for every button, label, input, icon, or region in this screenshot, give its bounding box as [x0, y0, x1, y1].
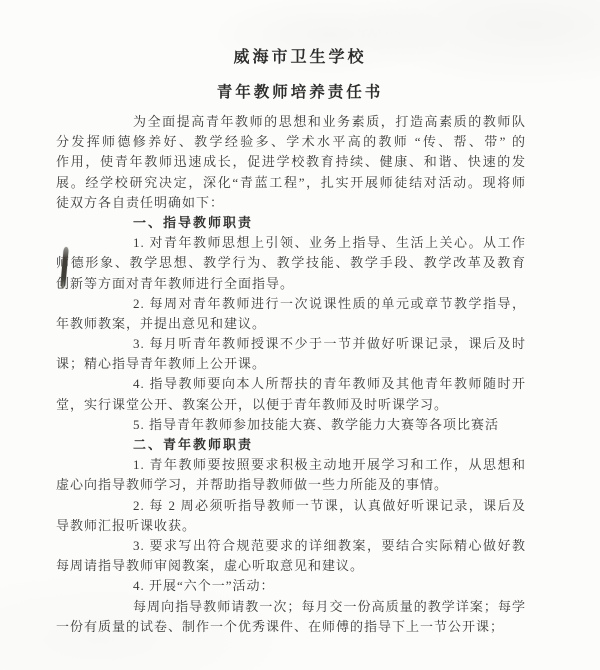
paragraph: 4. 开展“六个一”活动： [56, 576, 526, 596]
document-line: 3. 每月听青年教师授课不少于一节并做好听课记录，课后及时进行评 [56, 334, 526, 354]
document-line: 课；精心指导青年教师上公开课。 [56, 354, 526, 374]
document-line: 虚心向指导教师学习，并帮助指导教师做一些力所能及的事情。 [56, 475, 526, 495]
paragraph: 3. 要求写出符合规范要求的详细教案，要结合实际精心做好教学设计。每周请指导教师… [56, 536, 526, 576]
document-line: 徒双方各自责任明确如下： [56, 193, 526, 213]
document-subtitle: 青年教师培养责任书 [0, 80, 600, 102]
paragraph: 1. 青年教师要按照要求积极主动地开展学习和工作，从思想和行动上虚心向指导教师学… [56, 455, 526, 495]
document-title: 威海市卫生学校 [0, 44, 600, 67]
document-line: 一、指导教师职责 [56, 213, 526, 233]
document-line: 1. 对青年教师思想上引领、业务上指导、生活上关心。从工作态度、 [56, 233, 526, 253]
scanned-document-page: 威海市卫生学校 青年教师培养责任书 为全面提高青年教师的思想和业务素质，打造高素… [0, 0, 600, 670]
paragraph: 每周向指导教师请教一次；每月交一份高质量的教学详案；每学期出一份有质量的试卷、制… [56, 597, 526, 637]
document-line: 4. 指导教师要向本人所帮扶的青年教师及其他青年教师随时开放课 [56, 374, 526, 394]
document-line: 3. 要求写出符合规范要求的详细教案，要结合实际精心做好教学设计。 [56, 536, 526, 556]
document-line: 分发挥师德修养好、教学经验多、学术水平高的教师 “传、帮、带” 的 [56, 132, 526, 152]
paragraph: 2. 每 2 周必须听指导教师一节课，认真做好听课记录，课后及时向指导教师汇报听… [56, 496, 526, 536]
document-line: 二、青年教师职责 [56, 435, 526, 455]
paragraph: 2. 每周对青年教师进行一次说课性质的单元或章节教学指导，审阅青年教师教案，并提… [56, 294, 526, 334]
document-line: 5. 指导青年教师参加技能大赛、教学能力大赛等各项比赛活动。 [56, 415, 526, 435]
paragraph: 5. 指导青年教师参加技能大赛、教学能力大赛等各项比赛活动。 [56, 415, 526, 435]
paragraph: 4. 指导教师要向本人所帮扶的青年教师及其他青年教师随时开放课堂，实行课堂公开、… [56, 374, 526, 414]
document-line: 作用，使青年教师迅速成长，促进学校教育持续、健康、和谐、快速的发 [56, 152, 526, 172]
paragraph: 为全面提高青年教师的思想和业务素质，打造高素质的教师队伍。充分发挥师德修养好、教… [56, 112, 526, 213]
document-line: 2. 每 2 周必须听指导教师一节课，认真做好听课记录，课后及时向指 [56, 496, 526, 516]
document-line: 每周请指导教师审阅教案，虚心听取意见和建议。 [56, 556, 526, 576]
paragraph: 3. 每月听青年教师授课不少于一节并做好听课记录，课后及时进行评课；精心指导青年… [56, 334, 526, 374]
document-line: 堂，实行课堂公开、教案公开，以便于青年教师及时听课学习。 [56, 395, 526, 415]
document-line: 4. 开展“六个一”活动： [56, 576, 526, 596]
document-line: 展。经学校研究决定，深化“青蓝工程”，扎实开展师徒结对活动。现将师 [56, 173, 526, 193]
document-body: 为全面提高青年教师的思想和业务素质，打造高素质的教师队伍。充分发挥师德修养好、教… [56, 112, 526, 637]
document-line: 每周向指导教师请教一次；每月交一份高质量的教学详案；每学期出 [56, 597, 526, 617]
section-heading: 二、青年教师职责 [56, 435, 526, 455]
section-heading: 一、指导教师职责 [56, 213, 526, 233]
document-line: 为全面提高青年教师的思想和业务素质，打造高素质的教师队伍。充 [56, 112, 526, 132]
document-line: 1. 青年教师要按照要求积极主动地开展学习和工作，从思想和行动上 [56, 455, 526, 475]
document-line: 创新等方面对青年教师进行全面指导。 [56, 274, 526, 294]
document-line: 年教师教案，并提出意见和建议。 [56, 314, 526, 334]
paragraph: 1. 对青年教师思想上引领、业务上指导、生活上关心。从工作态度、师德形象、教学思… [56, 233, 526, 294]
document-line: 导教师汇报听课收获。 [56, 516, 526, 536]
document-line: 2. 每周对青年教师进行一次说课性质的单元或章节教学指导，审阅青 [56, 294, 526, 314]
document-line: 一份有质量的试卷、制作一个优秀课件、在师傅的指导下上一节公开课； [56, 617, 526, 637]
document-line: 师德形象、教学思想、教学行为、教学技能、教学手段、教学改革及教育 [56, 253, 526, 273]
